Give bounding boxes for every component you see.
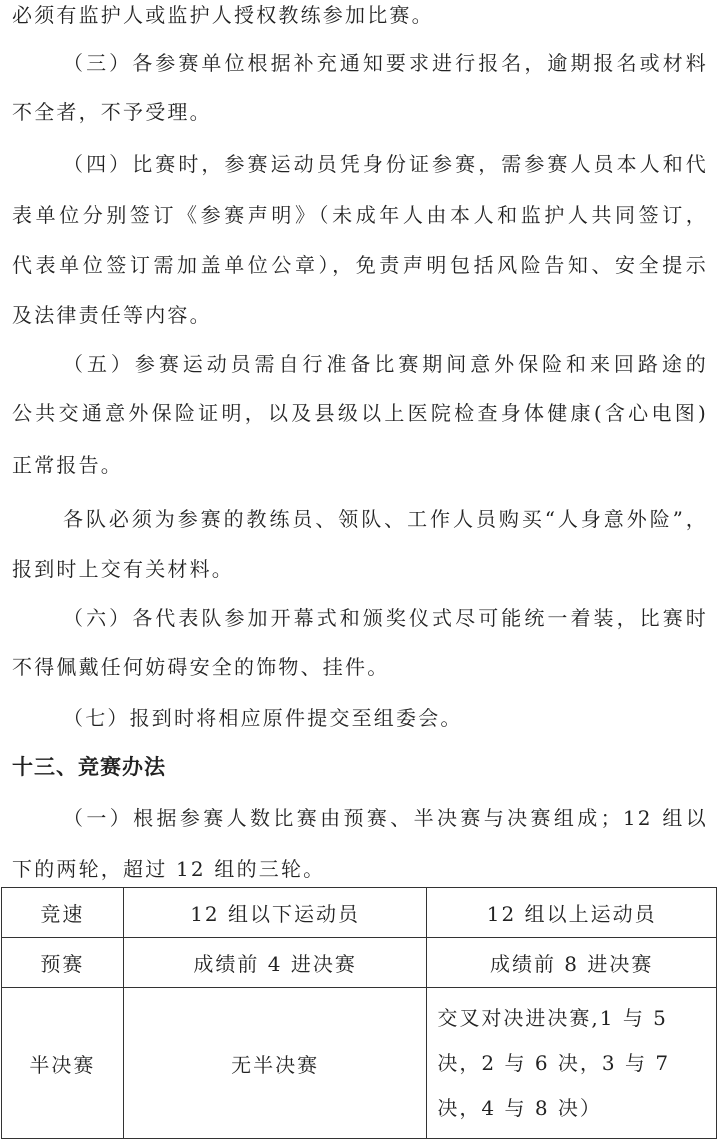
table-header-row: 竞速 12 组以下运动员 12 组以上运动员: [2, 888, 717, 938]
paragraph-line: （五）参赛运动员需自行准备比赛期间意外保险和来回路途的: [63, 349, 708, 379]
paragraph-line: 下的两轮，超过 12 组的三轮。: [12, 854, 708, 884]
section-heading: 十三、竞赛办法: [12, 752, 708, 782]
table-cell: 预赛: [2, 938, 124, 988]
paragraph-line: （一）根据参赛人数比赛由预赛、半决赛与决赛组成；12 组以: [63, 803, 708, 833]
paragraph-line: 必须有监护人或监护人授权教练参加比赛。: [12, 0, 708, 30]
paragraph-line: 各队必须为参赛的教练员、领队、工作人员购买“人身意外险”，: [63, 504, 708, 534]
paragraph-line: （三）各参赛单位根据补充通知要求进行报名，逾期报名或材料: [63, 48, 708, 78]
table-row: 预赛 成绩前 4 进决赛 成绩前 8 进决赛: [2, 938, 717, 988]
paragraph-line: （六）各代表队参加开幕式和颁奖仪式尽可能统一着装，比赛时: [63, 603, 708, 633]
competition-format-table: 竞速 12 组以下运动员 12 组以上运动员 预赛 成绩前 4 进决赛 成绩前 …: [1, 887, 717, 1139]
table-header-cell: 竞速: [2, 888, 124, 938]
table-cell: 成绩前 8 进决赛: [427, 938, 717, 988]
paragraph-line: 报到时上交有关材料。: [12, 554, 708, 584]
paragraph-line: 正常报告。: [12, 450, 708, 480]
table-cell: 成绩前 4 进决赛: [123, 938, 427, 988]
table-cell: 交叉对决进决赛,1 与 5 决，2 与 6 决，3 与 7 决，4 与 8 决）: [427, 988, 717, 1139]
paragraph-line: 表单位分别签订《参赛声明》（未成年人由本人和监护人共同签订，: [12, 200, 708, 230]
paragraph-line: 不得佩戴任何妨碍安全的饰物、挂件。: [12, 652, 708, 682]
paragraph-line: 公共交通意外保险证明，以及县级以上医院检查身体健康(含心电图): [12, 398, 708, 428]
table-header-cell: 12 组以下运动员: [123, 888, 427, 938]
table-row: 半决赛 无半决赛 交叉对决进决赛,1 与 5 决，2 与 6 决，3 与 7 决…: [2, 988, 717, 1139]
table-cell: 半决赛: [2, 988, 124, 1139]
table-header-cell: 12 组以上运动员: [427, 888, 717, 938]
paragraph-line: 及法律责任等内容。: [12, 300, 708, 330]
table-cell: 无半决赛: [123, 988, 427, 1139]
paragraph-line: 不全者，不予受理。: [12, 97, 708, 127]
paragraph-line: （四）比赛时，参赛运动员凭身份证参赛，需参赛人员本人和代: [63, 149, 708, 179]
paragraph-line: 代表单位签订需加盖单位公章），免责声明包括风险告知、安全提示: [12, 250, 708, 280]
paragraph-line: （七）报到时将相应原件提交至组委会。: [63, 703, 708, 733]
